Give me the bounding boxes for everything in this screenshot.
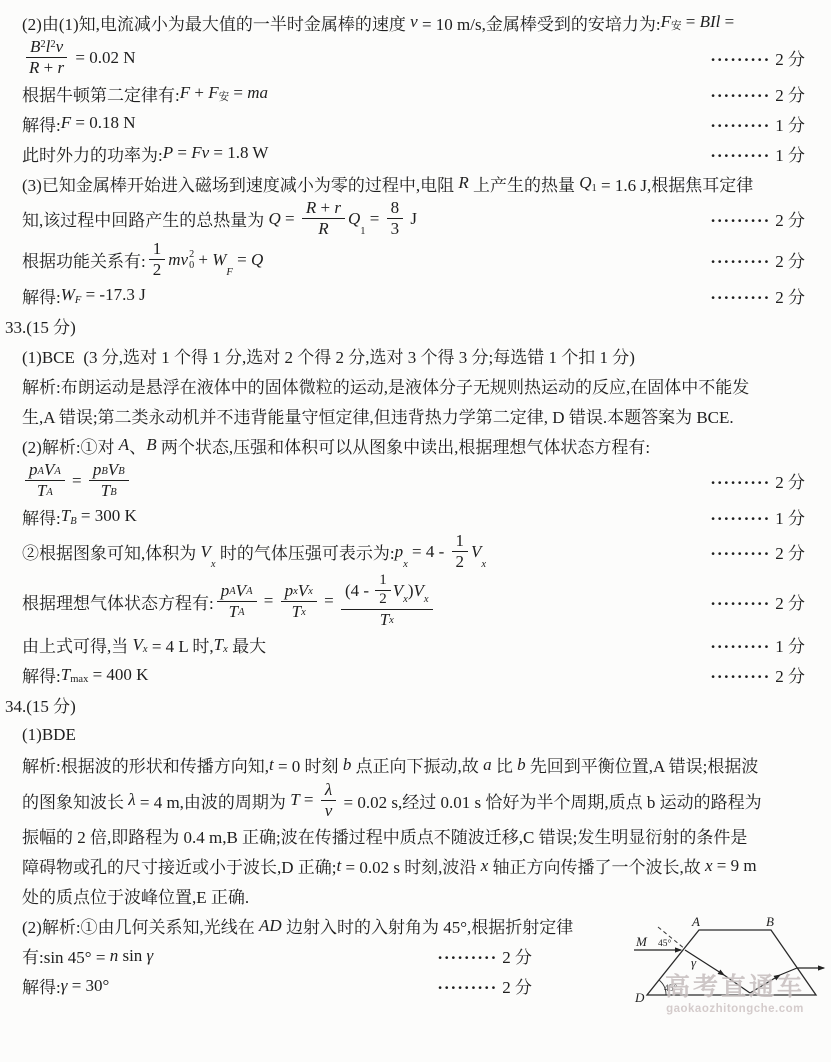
doc-line: 34.(15 分) bbox=[0, 690, 831, 720]
fraction: pAVATA bbox=[25, 460, 65, 501]
fraction: 12 bbox=[375, 572, 390, 608]
doc-line: (2)解析:①对 A、B 两个状态,压强和体积可以从图象中读出,根据理想气体状态… bbox=[0, 430, 831, 460]
line-text: (3)已知金属棒开始进入磁场到速度减小为零的过程中,电阻 R 上产生的热量 Q1… bbox=[22, 171, 753, 196]
line-text: 解得:F = 0.18 N bbox=[22, 111, 136, 136]
line-text: 解析:布朗运动是悬浮在液体中的固体微粒的运动,是液体分子无规则热运动的反应,在固… bbox=[22, 373, 749, 398]
fraction: B2l2vR + r bbox=[25, 37, 68, 78]
score-marker: ·········2 分 bbox=[437, 943, 532, 968]
line-text: 有:sin 45° = n sin γ bbox=[22, 943, 153, 968]
doc-line: B2l2vR + r = 0.02 N·········2 分 bbox=[0, 37, 831, 78]
doc-line: 根据功能关系有:12mv20 + WF = Q·········2 分 bbox=[0, 239, 831, 280]
line-text: (1)BCE (3 分,选对 1 个得 1 分,选对 2 个得 2 分,选对 3… bbox=[22, 343, 635, 368]
prism-diagram-svg: M A B D 45° γ 45° bbox=[632, 913, 827, 1005]
doc-line: 此时外力的功率为:P = Fv = 1.8 W·········1 分 bbox=[0, 138, 831, 168]
line-text: B2l2vR + r = 0.02 N bbox=[22, 37, 135, 78]
line-text: 此时外力的功率为:P = Fv = 1.8 W bbox=[22, 141, 268, 166]
score-marker: ·········2 分 bbox=[710, 662, 805, 687]
line-text: 根据牛顿第二定律有:F + F安 = ma bbox=[22, 81, 268, 106]
fraction: pxVxTx bbox=[281, 581, 317, 622]
line-text: 解得:WF = -17.3 J bbox=[22, 283, 146, 308]
score-marker: ·········2 分 bbox=[710, 589, 805, 614]
score-label: 2 分 bbox=[775, 252, 805, 271]
doc-line: pAVATA = pBVBTB·········2 分 bbox=[0, 460, 831, 501]
dotted-leader: ········· bbox=[710, 667, 770, 686]
score-marker: ·········1 分 bbox=[710, 504, 805, 529]
doc-line: (3)已知金属棒开始进入磁场到速度减小为零的过程中,电阻 R 上产生的热量 Q1… bbox=[0, 168, 831, 198]
line-text: 解析:根据波的形状和传播方向知,t = 0 时刻 b 点正向下振动,故 a 比 … bbox=[22, 752, 758, 777]
line-text: (2)解析:①由几何关系知,光线在 AD 边射入时的入射角为 45°,根据折射定… bbox=[22, 913, 573, 938]
score-label: 2 分 bbox=[775, 211, 805, 230]
doc-line: (2)由(1)知,电流减小为最大值的一半时金属棒的速度 v = 10 m/s,金… bbox=[0, 7, 831, 37]
doc-line: 振幅的 2 倍,即路程为 0.4 m,B 正确;波在传播过程中质点不随波迁移,C… bbox=[0, 821, 831, 851]
line-text: 知,该过程中回路产生的总热量为 Q = R + rRQ1 = 83 J bbox=[22, 198, 417, 239]
line-text: ②根据图象可知,体积为 Vx 时的气体压强可表示为:px = 4 - 12Vx bbox=[22, 531, 486, 572]
doc-line: ②根据图象可知,体积为 Vx 时的气体压强可表示为:px = 4 - 12Vx·… bbox=[0, 531, 831, 572]
score-marker: ·········2 分 bbox=[437, 973, 532, 998]
dotted-leader: ········· bbox=[710, 594, 770, 613]
dotted-leader: ········· bbox=[710, 211, 770, 230]
dotted-leader: ········· bbox=[710, 509, 770, 528]
doc-line: 解得:F = 0.18 N·········1 分 bbox=[0, 108, 831, 138]
line-text: 振幅的 2 倍,即路程为 0.4 m,B 正确;波在传播过程中质点不随波迁移,C… bbox=[22, 823, 747, 848]
score-marker: ·········1 分 bbox=[710, 111, 805, 136]
sup-sub-stack: 20 bbox=[189, 250, 194, 271]
dotted-leader: ········· bbox=[437, 948, 497, 967]
doc-line: 解得:WF = -17.3 J·········2 分 bbox=[0, 280, 831, 310]
score-marker: ·········2 分 bbox=[710, 45, 805, 70]
line-text: (2)解析:①对 A、B 两个状态,压强和体积可以从图象中读出,根据理想气体状态… bbox=[22, 433, 650, 458]
score-label: 2 分 bbox=[775, 473, 805, 492]
score-label: 2 分 bbox=[775, 288, 805, 307]
entry-angle-label: 45° bbox=[658, 938, 672, 949]
doc-line: 根据理想气体状态方程有:pAVATA = pxVxTx = (4 - 12Vx)… bbox=[0, 572, 831, 629]
doc-line: (1)BDE bbox=[0, 720, 831, 750]
line-text: (1)BDE bbox=[22, 725, 76, 745]
line-text: 由上式可得,当 Vx = 4 L 时,Tx 最大 bbox=[22, 632, 266, 657]
score-label: 1 分 bbox=[775, 509, 805, 528]
label-a: A bbox=[691, 914, 700, 929]
score-marker: ·········2 分 bbox=[710, 206, 805, 231]
score-label: 2 分 bbox=[775, 86, 805, 105]
score-marker: ·········1 分 bbox=[710, 141, 805, 166]
dotted-leader: ········· bbox=[710, 252, 770, 271]
doc-line: 根据牛顿第二定律有:F + F安 = ma·········2 分 bbox=[0, 78, 831, 108]
line-text: 的图象知波长 λ = 4 m,由波的周期为 T = λv = 0.02 s,经过… bbox=[22, 780, 762, 821]
doc-line: 有:sin 45° = n sin γ·········2 分 bbox=[0, 941, 632, 971]
fraction: pBVBTB bbox=[89, 460, 129, 501]
fraction: pAVATA bbox=[217, 581, 257, 622]
fraction: 12 bbox=[452, 531, 469, 572]
score-label: 2 分 bbox=[502, 978, 532, 997]
score-label: 1 分 bbox=[775, 146, 805, 165]
doc-line: 解析:根据波的形状和传播方向知,t = 0 时刻 b 点正向下振动,故 a 比 … bbox=[0, 750, 831, 780]
doc-line: 解析:布朗运动是悬浮在液体中的固体微粒的运动,是液体分子无规则热运动的反应,在固… bbox=[0, 370, 831, 400]
refracted-ray-tail bbox=[724, 975, 750, 993]
doc-line: 生,A 错误;第二类永动机并不违背能量守恒定律,但违背热力学第二定律, D 错误… bbox=[0, 400, 831, 430]
score-marker: ·········1 分 bbox=[710, 632, 805, 657]
doc-line: 解得:γ = 30°·········2 分 bbox=[0, 971, 632, 1001]
dotted-leader: ········· bbox=[710, 288, 770, 307]
line-text: 处的质点位于波峰位置,E 正确. bbox=[22, 883, 249, 908]
score-marker: ·········2 分 bbox=[710, 539, 805, 564]
dotted-leader: ········· bbox=[710, 637, 770, 656]
score-label: 2 分 bbox=[775, 667, 805, 686]
dotted-leader: ········· bbox=[710, 146, 770, 165]
dotted-leader: ········· bbox=[437, 978, 497, 997]
score-label: 2 分 bbox=[775, 544, 805, 563]
dotted-leader: ········· bbox=[710, 86, 770, 105]
dotted-leader: ········· bbox=[710, 50, 770, 69]
internal-ray bbox=[750, 975, 780, 993]
line-text: 33.(15 分) bbox=[5, 313, 76, 338]
scanned-answer-page: (2)由(1)知,电流减小为最大值的一半时金属棒的速度 v = 10 m/s,金… bbox=[0, 0, 831, 1062]
score-label: 2 分 bbox=[775, 594, 805, 613]
dotted-leader: ········· bbox=[710, 116, 770, 135]
solutions-text-block: (2)由(1)知,电流减小为最大值的一半时金属棒的速度 v = 10 m/s,金… bbox=[0, 7, 831, 911]
doc-line: 解得:TB = 300 K·········1 分 bbox=[0, 501, 831, 531]
fraction: 83 bbox=[387, 198, 404, 239]
line-text: 生,A 错误;第二类永动机并不违背能量守恒定律,但违背热力学第二定律, D 错误… bbox=[22, 403, 734, 428]
label-m: M bbox=[635, 934, 648, 949]
doc-line: (1)BCE (3 分,选对 1 个得 1 分,选对 2 个得 2 分,选对 3… bbox=[0, 340, 831, 370]
fraction: λv bbox=[321, 780, 337, 821]
line-text: 解得:Tmax = 400 K bbox=[22, 662, 148, 687]
score-marker: ·········2 分 bbox=[710, 247, 805, 272]
score-label: 2 分 bbox=[502, 948, 532, 967]
doc-line: 解得:Tmax = 400 K·········2 分 bbox=[0, 660, 831, 690]
prism-refraction-diagram: M A B D 45° γ 45° 高考直通车 gaokaozhitongche… bbox=[632, 913, 831, 1005]
optics-text-block: (2)解析:①由几何关系知,光线在 AD 边射入时的入射角为 45°,根据折射定… bbox=[0, 911, 632, 1001]
line-text: 根据功能关系有:12mv20 + WF = Q bbox=[22, 239, 263, 280]
fraction: 12 bbox=[149, 239, 166, 280]
doc-line: 由上式可得,当 Vx = 4 L 时,Tx 最大·········1 分 bbox=[0, 630, 831, 660]
score-label: 2 分 bbox=[775, 50, 805, 69]
score-label: 1 分 bbox=[775, 637, 805, 656]
doc-line: 处的质点位于波峰位置,E 正确. bbox=[0, 881, 831, 911]
line-text: 解得:TB = 300 K bbox=[22, 504, 137, 529]
dotted-leader: ········· bbox=[710, 544, 770, 563]
line-text: pAVATA = pBVBTB bbox=[22, 460, 132, 501]
score-label: 1 分 bbox=[775, 116, 805, 135]
doc-line: 的图象知波长 λ = 4 m,由波的周期为 T = λv = 0.02 s,经过… bbox=[0, 780, 831, 821]
score-marker: ·········2 分 bbox=[710, 283, 805, 308]
doc-line: 障碍物或孔的尺寸接近或小于波长,D 正确;t = 0.02 s 时刻,波沿 x … bbox=[0, 851, 831, 881]
label-d: D bbox=[634, 990, 645, 1005]
line-text: (2)由(1)知,电流减小为最大值的一半时金属棒的速度 v = 10 m/s,金… bbox=[22, 10, 734, 35]
line-text: 根据理想气体状态方程有:pAVATA = pxVxTx = (4 - 12Vx)… bbox=[22, 572, 436, 629]
doc-line: 知,该过程中回路产生的总热量为 Q = R + rRQ1 = 83 J·····… bbox=[0, 198, 831, 239]
fraction: (4 - 12Vx)VxTx bbox=[341, 572, 433, 629]
line-text: 解得:γ = 30° bbox=[22, 973, 109, 998]
line-text: 34.(15 分) bbox=[5, 692, 76, 717]
internal-ray-tail bbox=[780, 968, 797, 975]
optics-subsection: (2)解析:①由几何关系知,光线在 AD 边射入时的入射角为 45°,根据折射定… bbox=[0, 911, 831, 1005]
score-marker: ·········2 分 bbox=[710, 81, 805, 106]
doc-line: (2)解析:①由几何关系知,光线在 AD 边射入时的入射角为 45°,根据折射定… bbox=[0, 911, 632, 941]
d-angle-label: 45° bbox=[664, 983, 678, 994]
doc-line: 33.(15 分) bbox=[0, 310, 831, 340]
dotted-leader: ········· bbox=[710, 473, 770, 492]
label-b: B bbox=[766, 914, 774, 929]
gamma-angle-label: γ bbox=[691, 955, 697, 970]
score-marker: ·········2 分 bbox=[710, 468, 805, 493]
line-text: 障碍物或孔的尺寸接近或小于波长,D 正确;t = 0.02 s 时刻,波沿 x … bbox=[22, 853, 757, 878]
fraction: R + rR bbox=[302, 198, 345, 239]
